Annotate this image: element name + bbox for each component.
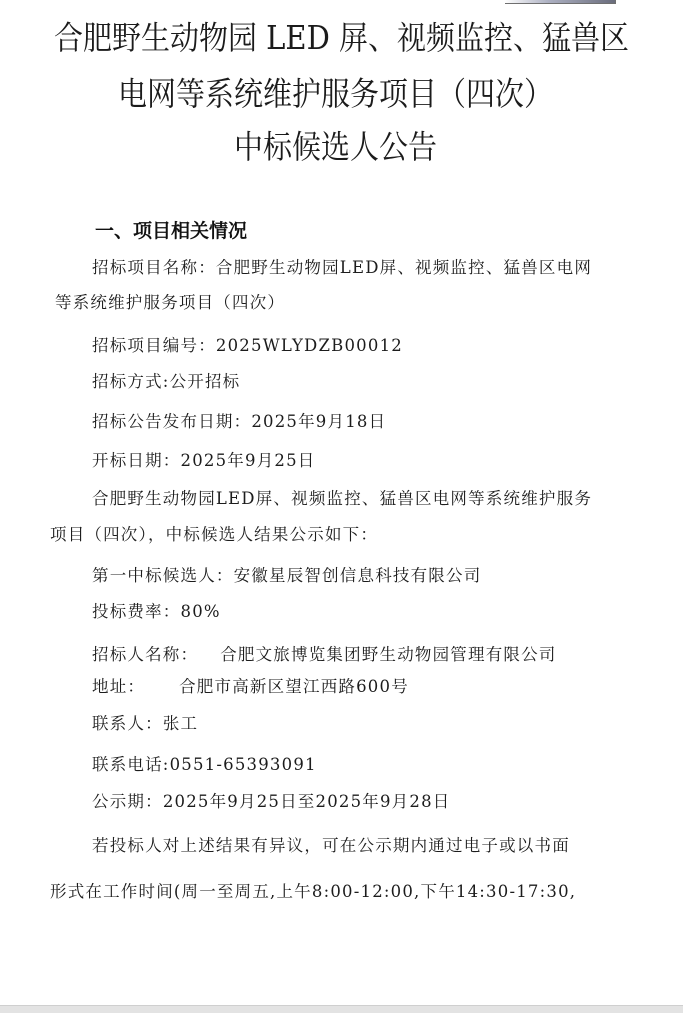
contact-person-value: 张工 (163, 714, 198, 733)
contact-phone-value: 0551-65393091 (170, 755, 317, 774)
first-candidate-line: 第一中标候选人：安徽星辰智创信息科技有限公司 (92, 568, 481, 585)
project-number-line: 招标项目编号：2025WLYDZB00012 (92, 338, 403, 355)
opening-date-value: 2025年9月25日 (181, 451, 316, 470)
contact-phone-label: 联系电话: (92, 755, 170, 774)
announcement-date-line: 招标公告发布日期：2025年9月18日 (92, 414, 386, 431)
tenderer-label: 招标人名称： (92, 645, 198, 664)
project-number-label: 招标项目编号： (92, 336, 216, 355)
section-heading: 一、项目相关情况 (95, 216, 247, 243)
objection-line-1: 若投标人对上述结果有异议，可在公示期内通过电子或以书面 (92, 838, 570, 855)
bid-rate-line: 投标费率：80% (92, 604, 221, 621)
publicity-period-label: 公示期： (92, 792, 163, 811)
title-line-1: 合肥野生动物园 LED 屏、视频监控、猛兽区 (0, 22, 683, 54)
result-intro-line-1: 合肥野生动物园LED屏、视频监控、猛兽区电网等系统维护服务 (92, 491, 592, 508)
announcement-date-value: 2025年9月18日 (251, 412, 386, 431)
bid-rate-label: 投标费率： (92, 602, 181, 621)
title-line-3: 中标候选人公告 (0, 131, 677, 163)
objection-line-2: 形式在工作时间(周一至周五,上午8:00-12:00,下午14:30-17:30… (50, 884, 576, 901)
opening-date-line: 开标日期：2025年9月25日 (92, 453, 316, 470)
bid-rate-value: 80% (181, 602, 221, 621)
contact-person-line: 联系人：张工 (92, 716, 198, 733)
first-candidate-label: 第一中标候选人： (92, 566, 234, 585)
project-name-line: 招标项目名称：合肥野生动物园LED屏、视频监控、猛兽区电网 (92, 260, 592, 277)
result-intro-line-2: 项目（四次），中标候选人结果公示如下： (50, 527, 378, 544)
project-name-line-2: 等系统维护服务项目（四次） (55, 295, 285, 312)
publicity-period-line: 公示期：2025年9月25日至2025年9月28日 (92, 794, 450, 811)
contact-person-label: 联系人： (92, 714, 163, 733)
first-candidate-value: 安徽星辰智创信息科技有限公司 (234, 566, 482, 585)
project-name-value: 合肥野生动物园LED屏、视频监控、猛兽区电网 (216, 258, 592, 277)
page-bottom-edge (0, 1005, 683, 1013)
top-stamp-fragment (505, 0, 616, 4)
opening-date-label: 开标日期： (92, 451, 181, 470)
publicity-period-value: 2025年9月25日至2025年9月28日 (163, 792, 451, 811)
announcement-date-label: 招标公告发布日期： (92, 412, 251, 431)
contact-phone-line: 联系电话:0551-65393091 (92, 757, 317, 774)
address-label: 地址： (92, 677, 145, 696)
title-line-2: 电网等系统维护服务项目（四次） (0, 78, 677, 110)
tender-method-label: 招标方式: (92, 372, 170, 391)
tender-method-value: 公开招标 (170, 372, 241, 391)
project-number-value: 2025WLYDZB00012 (216, 336, 403, 355)
project-name-label: 招标项目名称： (92, 258, 216, 277)
document-page: 合肥野生动物园 LED 屏、视频监控、猛兽区 电网等系统维护服务项目（四次） 中… (0, 0, 683, 1005)
tenderer-value: 合肥文旅博览集团野生动物园管理有限公司 (220, 645, 556, 664)
address-value: 合肥市高新区望江西路600号 (179, 677, 409, 696)
address-line: 地址：合肥市高新区望江西路600号 (92, 679, 409, 696)
tenderer-line: 招标人名称：合肥文旅博览集团野生动物园管理有限公司 (92, 647, 557, 664)
tender-method-line: 招标方式:公开招标 (92, 374, 240, 391)
